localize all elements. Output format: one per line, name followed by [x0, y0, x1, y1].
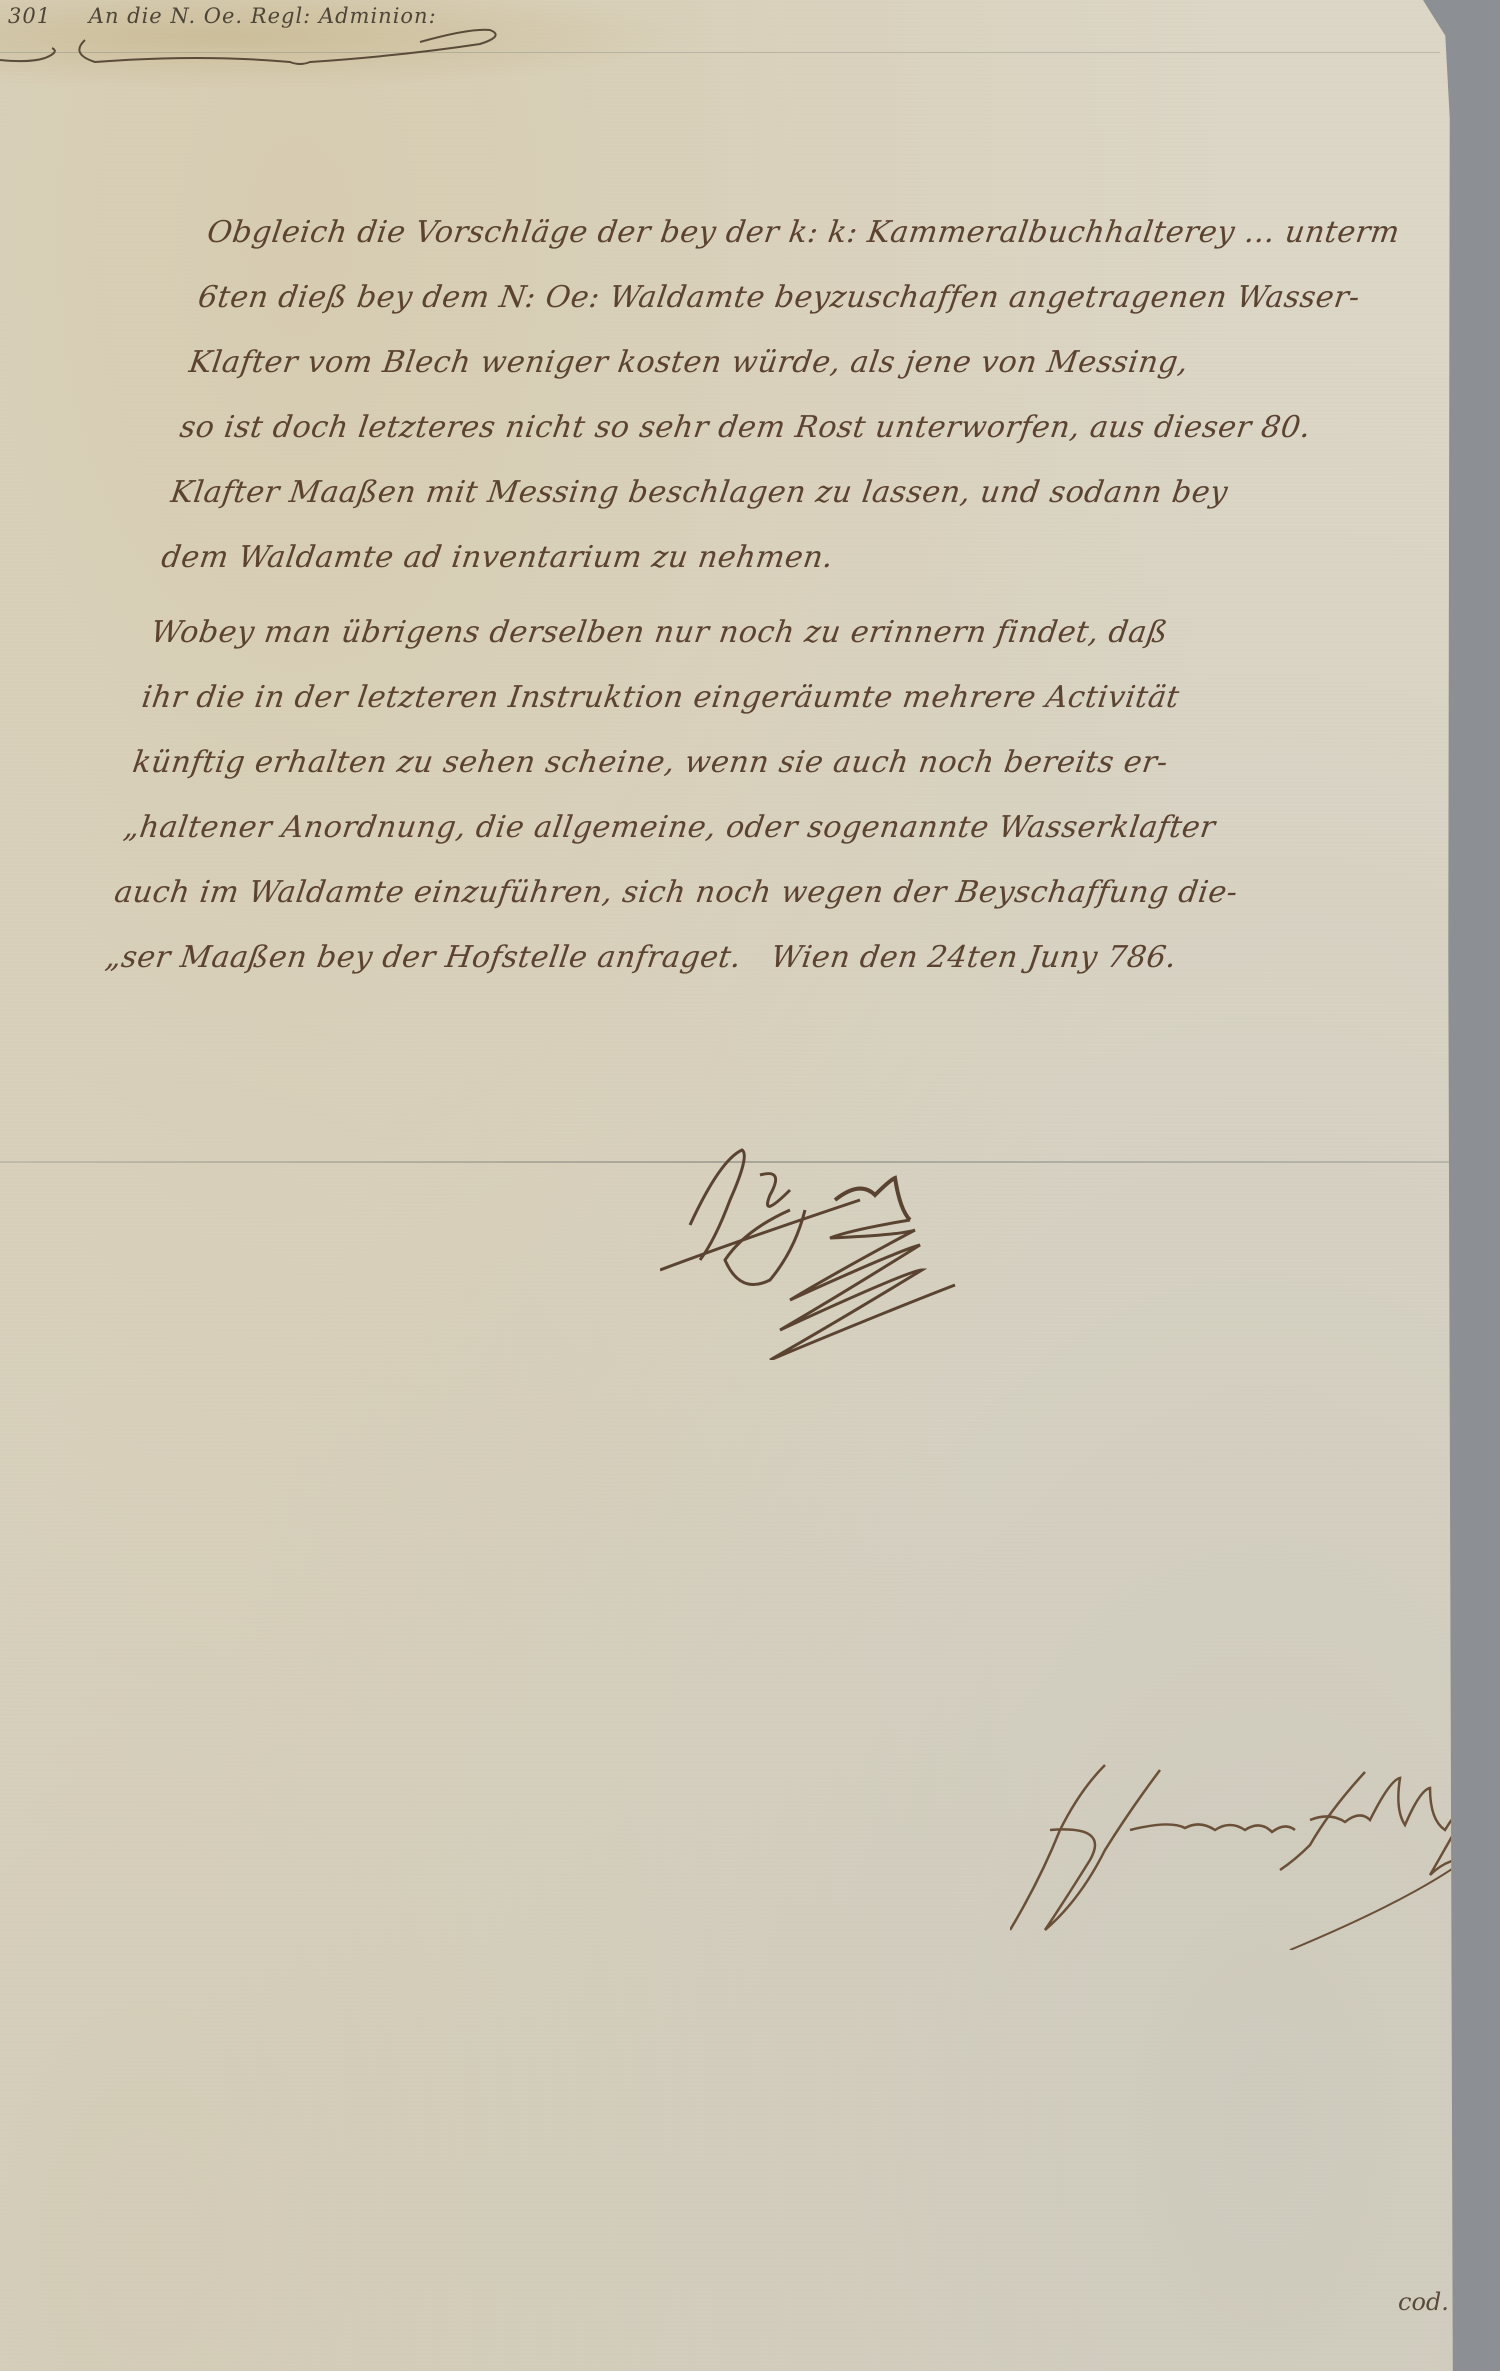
date-line: Wien den 24ten Juny 786. [769, 940, 1179, 975]
text-line: künftig erhalten zu sehen scheine, wenn … [128, 730, 1402, 795]
text-line: auch im Waldamte einzuführen, sich noch … [110, 860, 1384, 925]
text-line: Klafter vom Blech weniger kosten würde, … [185, 330, 1459, 395]
text-line-with-date: „ser Maaßen bey der Hofstelle anfraget. … [101, 925, 1375, 990]
header-flourish-icon [0, 18, 600, 68]
paragraph-2: Wobey man übrigens derselben nur noch zu… [101, 600, 1421, 990]
letter-body: Obgleich die Vorschläge der bey der k: k… [101, 200, 1477, 990]
signature-countersign-icon [1010, 1750, 1480, 1950]
signature-joseph-icon [660, 1120, 980, 1360]
signature-countersign-label: Johann … Kolowrat [1050, 1800, 1060, 1801]
footer-note: cod. [1398, 2288, 1449, 2316]
document-page: 301 An die N. Oe. Regl: Adminion: Obglei… [0, 0, 1490, 2371]
paragraph-1: Obgleich die Vorschläge der bey der k: k… [157, 200, 1477, 590]
text-line: so ist doch letzteres nicht so sehr dem … [175, 395, 1449, 460]
text-line: Klafter Maaßen mit Messing beschlagen zu… [166, 460, 1440, 525]
signature-joseph-label: Joseph [740, 1175, 743, 1176]
text-line: dem Waldamte ad inventarium zu nehmen. [157, 525, 1431, 590]
text-line: „haltener Anordnung, die allgemeine, ode… [119, 795, 1393, 860]
text-line: Obgleich die Vorschläge der bey der k: k… [203, 200, 1477, 265]
text-line: 6ten dieß bey dem N: Oe: Waldamte beyzus… [194, 265, 1468, 330]
text-line: „ser Maaßen bey der Hofstelle anfraget. [103, 940, 744, 975]
text-line: Wobey man übrigens derselben nur noch zu… [147, 600, 1421, 665]
text-line: ihr die in der letzteren Instruktion ein… [138, 665, 1412, 730]
